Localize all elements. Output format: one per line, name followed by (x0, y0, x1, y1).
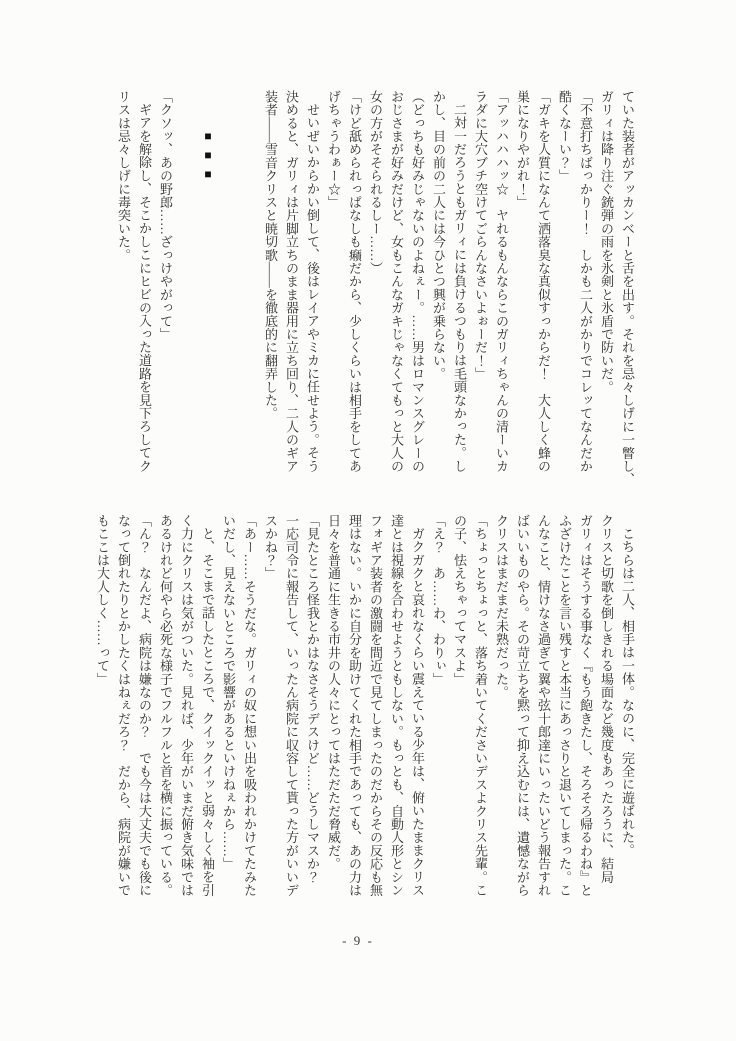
text-line: いだし、見えないところで影響があるといけねぇから……」 (218, 514, 239, 908)
text-line: あるけれど何やら必死な様子でフルフルと首を横に振っている。 (155, 514, 176, 908)
bottom-text-block: こちらは二人、相手は一体。なのに、完全に遊ばれた。クリスと切歌を倒しきれる場面な… (92, 514, 638, 908)
text-line: もここは大人しく……って」 (92, 514, 113, 908)
text-line: 巣になりやがれ！」 (512, 90, 533, 484)
text-line: スかね？」 (260, 514, 281, 908)
text-line: 「ん？ なんだよ、病院は嫌なのか？ でも今は大丈夫でも後に (134, 514, 155, 908)
page: ていた装者がアッカンベーと舌を出す。それを忌々しげに一瞥し、ガリィは降り注ぐ銃弾… (0, 0, 736, 1041)
text-line: おじさまが好みだけど、女もこんなガキじゃなくてもっと大人の (386, 90, 407, 484)
text-line: 「不意打ちばっかりー！ しかも二人がかりでコレッてなんだか (575, 90, 596, 484)
text-line: ギアを解除し、そこかしこにヒビの入った道路を見下ろしてク (134, 90, 155, 497)
text-line: なって倒れたりとかしたくはねぇだろ？ だから、病院が嫌いで (113, 514, 134, 908)
text-line: ばいいものやら。その苛立ちを黙って抑え込むには、遺憾ながら (512, 514, 533, 908)
text-line: かし、目の前の二人には今ひとつ興が乗らない。 (428, 90, 449, 484)
text-line: 達とは視線を合わせようともしない。もっとも、自動人形とシン (386, 514, 407, 908)
text-line: げちゃうわぁー☆」 (323, 90, 344, 484)
text-line: 日々を普通に生きる市井の人々にとってはただただ脅威だ。 (323, 514, 344, 908)
text-line: の子、怯えちゃってマスよ」 (449, 514, 470, 908)
text-line: 「見たところ怪我とかはなさそうデスけど……どうしマスか？ (302, 514, 323, 908)
text-line: 決めると、ガリィは片脚立ちのまま器用に立ち回り、二人のギア (281, 90, 302, 484)
text-line (239, 90, 260, 484)
text-line: 「ガキを人質になんて洒落臭な真似すっからだ！ 大人しく蜂の (533, 90, 554, 484)
text-line: リスは忌々しげに毒突いた。 (113, 90, 134, 484)
text-line: ガリィはそうする事なく『もう飽きたし、そろそろ帰るわね』と (575, 514, 596, 908)
text-line: く力にクリスは気がついた。見れば、少年がいまだ俯き気味では (176, 514, 197, 908)
text-line: 「アッハハハッ☆ ヤれるもんならこのガリィちゃんの清ーいカ (491, 90, 512, 484)
text-line (218, 90, 239, 484)
text-line: ラダに大穴ブチ空けてごらんなさいよぉーだ！」 (470, 90, 491, 484)
text-line: ガクガクと哀れなくらい震えている少年は、俯いたままクリス (407, 514, 428, 921)
text-line: 酷くなーい？」 (554, 90, 575, 484)
text-line: 女の方がそそられるしー……） (365, 90, 386, 484)
section-divider: ■■■ (197, 90, 218, 523)
text-line: 「ちょっとちょっと、落ち着いてくださいデスよクリス先輩。こ (470, 514, 491, 908)
text-line: 理はない。いかに自分を助けてくれた相手であっても、あの力は (344, 514, 365, 908)
text-line: んなこと、情けなさ過ぎて翼や弦十郎達にいったいどう報告すれ (533, 514, 554, 908)
text-line: 二対一だろうともガリィには負けるつもりは毛頭なかった。し (449, 90, 470, 497)
text-line: ふざけたことを言い残すと本当にあっさりと退いてしまった。こ (554, 514, 575, 908)
text-line (176, 90, 197, 484)
text-line: こちらは二人、相手は一体。なのに、完全に遊ばれた。 (617, 514, 638, 921)
text-line: と、そこまで話したところで、クイックイッと弱々しく袖を引 (197, 514, 218, 921)
text-line: 装者――雪音クリスと暁切歌――を徹底的に翻弄した。 (260, 90, 281, 484)
text-line: （どっちも好みじゃないのよねぇー。……男はロマンスグレーの (407, 90, 428, 484)
text-line: クリスと切歌を倒しきれる場面など幾度もあったろうに、結局 (596, 514, 617, 908)
text-line: フォギア装者の激闘を間近で見てしまったのだからその反応も無 (365, 514, 386, 908)
text-line: ガリィは降り注ぐ銃弾の雨を氷剣と氷盾で防いだ。 (596, 90, 617, 484)
text-line: 一応司令に報告して、いったん病院に収容して貰った方がいいデ (281, 514, 302, 908)
text-line: クリスはまだまだ未熟だった。 (491, 514, 512, 908)
text-line: 「え？ あ……わ、わりぃ」 (428, 514, 449, 908)
text-line: 「あー……そうだな。ガリィの奴に想い出を吸われかけてたみた (239, 514, 260, 908)
top-text-block: ていた装者がアッカンベーと舌を出す。それを忌々しげに一瞥し、ガリィは降り注ぐ銃弾… (113, 90, 638, 484)
text-line: 「クソッ、あの野郎……ざっけやがって」 (155, 90, 176, 484)
text-line: せいぜいからかい倒して、後はレイアやミカに任せよう。そう (302, 90, 323, 497)
text-line: ていた装者がアッカンベーと舌を出す。それを忌々しげに一瞥し、 (617, 90, 638, 484)
page-number: - 9 - (0, 933, 716, 949)
text-line: 「けど舐められっぱなしも癪だから、少しくらいは相手をしてあ (344, 90, 365, 484)
